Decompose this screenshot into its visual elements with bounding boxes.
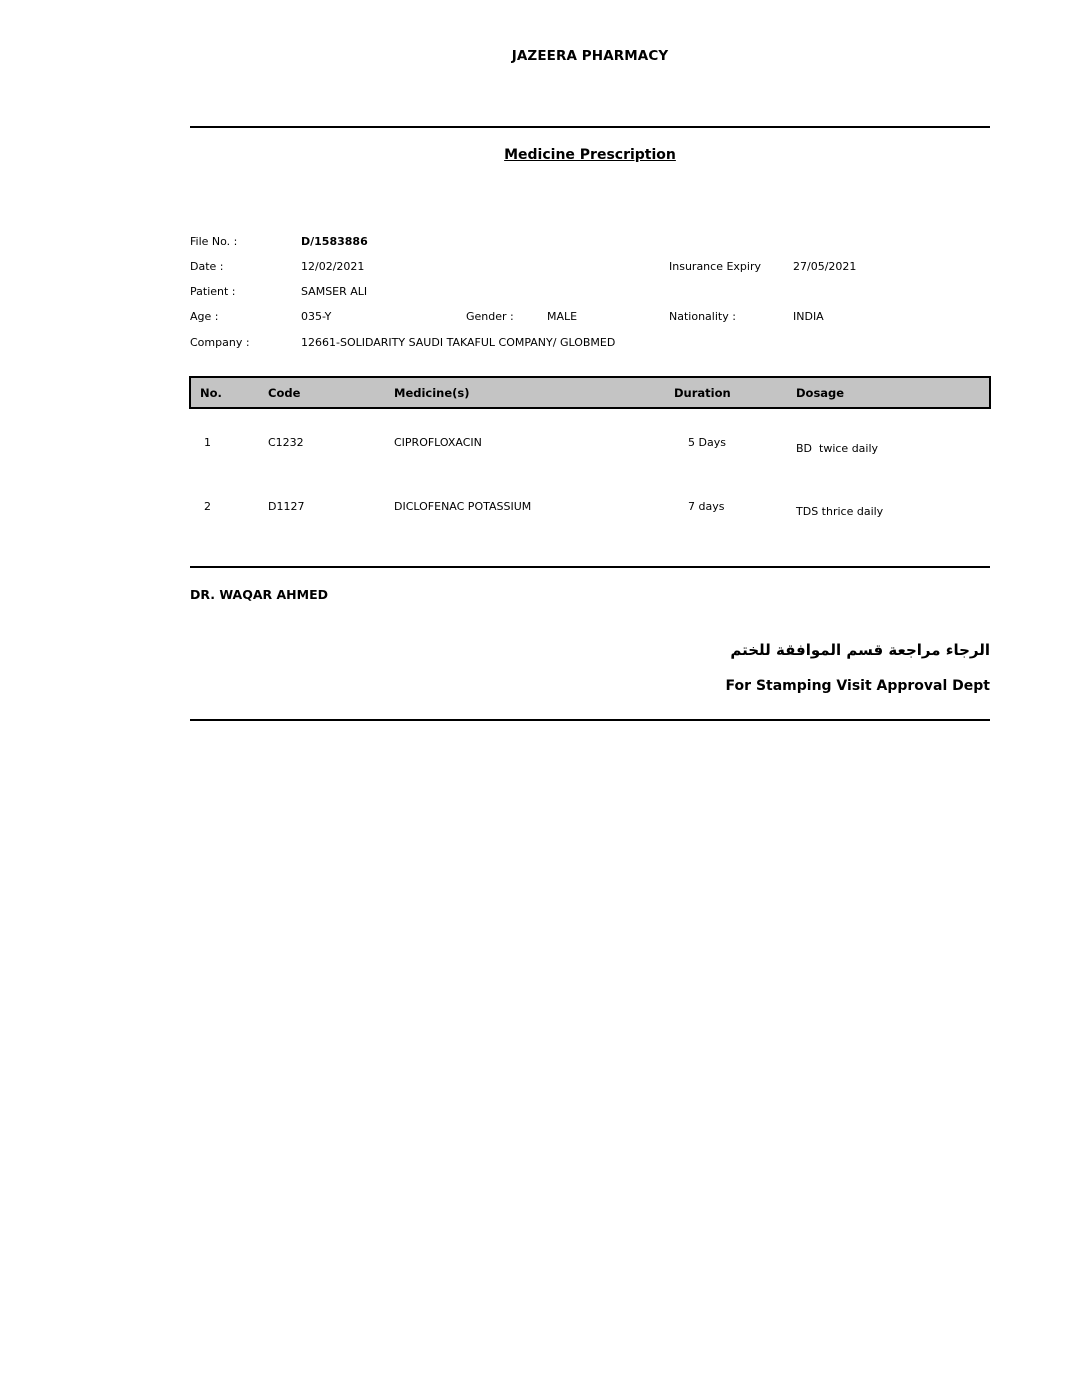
nationality-value: INDIA xyxy=(793,310,824,323)
age-label: Age : xyxy=(190,310,218,323)
gender-value: MALE xyxy=(547,310,577,323)
age-value: 035-Y xyxy=(301,310,331,323)
insurance-expiry-value: 27/05/2021 xyxy=(793,260,856,273)
row-number: 1 xyxy=(204,436,211,449)
document-title: Medicine Prescription xyxy=(0,147,1080,163)
column-header-no: No. xyxy=(200,386,222,400)
file-no-value: D/1583886 xyxy=(301,235,368,248)
column-header-medicine: Medicine(s) xyxy=(394,386,470,400)
patient-label: Patient : xyxy=(190,285,236,298)
gender-label: Gender : xyxy=(466,310,514,323)
table-bottom-divider xyxy=(190,566,990,568)
column-header-code: Code xyxy=(268,386,300,400)
medicine-duration: 7 days xyxy=(688,500,724,513)
company-label: Company : xyxy=(190,336,250,349)
medicine-code: D1127 xyxy=(268,500,304,513)
medicine-dosage: BD twice daily xyxy=(796,442,878,455)
column-header-duration: Duration xyxy=(674,386,731,400)
date-value: 12/02/2021 xyxy=(301,260,364,273)
doctor-name: DR. WAQAR AHMED xyxy=(190,587,328,602)
company-value: 12661-SOLIDARITY SAUDI TAKAFUL COMPANY/ … xyxy=(301,336,615,349)
column-header-dosage: Dosage xyxy=(796,386,844,400)
insurance-expiry-label: Insurance Expiry xyxy=(669,260,761,273)
medicine-code: C1232 xyxy=(268,436,304,449)
patient-value: SAMSER ALI xyxy=(301,285,367,298)
stamp-note: For Stamping Visit Approval Dept xyxy=(726,678,990,694)
footer-divider xyxy=(190,719,990,721)
medicine-duration: 5 Days xyxy=(688,436,726,449)
pharmacy-name: JAZEERA PHARMACY xyxy=(0,48,1080,64)
file-no-label: File No. : xyxy=(190,235,237,248)
arabic-stamp-note: الرجاء مراجعة قسم الموافقة للختم xyxy=(730,641,990,659)
row-number: 2 xyxy=(204,500,211,513)
date-label: Date : xyxy=(190,260,224,273)
medicine-dosage: TDS thrice daily xyxy=(796,505,883,518)
table-header xyxy=(189,376,991,409)
nationality-label: Nationality : xyxy=(669,310,736,323)
header-divider xyxy=(190,126,990,128)
medicine-name: DICLOFENAC POTASSIUM xyxy=(394,500,531,513)
medicine-name: CIPROFLOXACIN xyxy=(394,436,482,449)
